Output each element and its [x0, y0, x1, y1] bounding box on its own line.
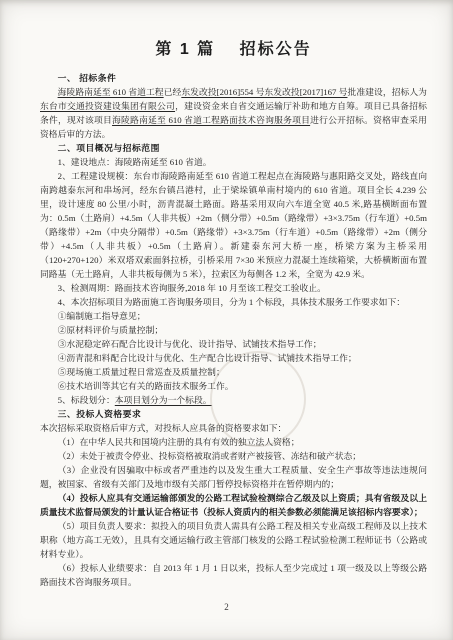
task-item-6: ⑥技术培训等其它有关的路面技术服务工作。: [40, 379, 427, 393]
paragraph-inspection-period: 3、检测周期：路面技术咨询服务,2018 年 10 月至该工程交工验收止。: [40, 281, 427, 295]
approval-numbers-underline: 东发改投[2016]554 号东发改投[2017]167 号: [181, 87, 347, 97]
paragraph-lot-division: 5、标段划分：本项目划分为一个标段。: [40, 393, 427, 407]
section-1-heading: 一、 招标条件: [40, 71, 427, 85]
qualification-item-3: （3）企业没有因骗取中标或者严重违约以及发生重大工程质量、安全生产事故等违法违规…: [40, 463, 427, 491]
project-name-underline: 海陵路南延至 610 省道工程: [58, 87, 164, 97]
task-item-5: ⑤现场施工质量过程日常巡查及质量控制；: [40, 365, 427, 379]
paragraph-qualification-intro: 本次招标采取资格后审方式，对投标人应具备的资格要求如下：: [40, 421, 427, 435]
paragraph-project-scale: 2、工程建设规模：东台市海陵路南延至 610 省道工程起点在海陵路与惠阳路交叉处…: [40, 169, 427, 281]
section-3-heading: 三、投标人资格要求: [40, 407, 427, 421]
section-2-heading: 二、项目概况与招标范围: [40, 141, 427, 155]
text-run: 已经: [164, 87, 182, 97]
paragraph-tender-conditions: 海陵路南延至 610 省道工程已经东发改投[2016]554 号东发改投[201…: [40, 85, 427, 141]
qualification-item-6: （6）投标人业绩要求：自 2013 年 1 月 1 日以来，投标人至少完成过 1…: [40, 561, 427, 589]
paragraph-tender-scope: 4、本次招标项目为路面施工咨询服务项目，分为 1 个标段，具体技术服务工作要求如…: [40, 295, 427, 309]
task-item-3: ③水泥稳定碎石配合比设计与优化、设计指导、试铺技术指导工作；: [40, 337, 427, 351]
qualification-item-2: （2）未处于被责令停业、投标资格被取消或者财产被接管、冻结和破产状态；: [40, 449, 427, 463]
scanned-page: 第 1 篇 招标公告 一、 招标条件 海陵路南延至 610 省道工程已经东发改投…: [0, 0, 453, 640]
document-title: 第 1 篇 招标公告: [40, 38, 427, 62]
qualification-item-4: （4）投标人应具有交通运输部颁发的公路工程试验检测综合乙级及以上资质；具有省级及…: [40, 491, 427, 519]
task-item-2: ②原材料评价与质量控制；: [40, 323, 427, 337]
page-number: 2: [0, 602, 453, 612]
tenderee-name-underline: 东台市交通投资建设集团有限公司: [40, 101, 175, 111]
text-run: 批准建设，招标人为: [347, 87, 427, 97]
lot-division-underline: 本项目划分为一个标段。: [115, 395, 218, 405]
qualification-item-1: （1）在中华人民共和国境内注册的具有有效的独立法人资格；: [40, 435, 427, 449]
task-item-1: ①编制施工指导意见；: [40, 309, 427, 323]
service-project-name-underline: 海陵路南延至 610 省道工程路面技术咨询服务项目: [112, 115, 310, 125]
lot-division-label: 5、标段划分：: [58, 395, 115, 405]
document-body: 第 1 篇 招标公告 一、 招标条件 海陵路南延至 610 省道工程已经东发改投…: [40, 38, 427, 589]
task-item-4: ④沥青混和料配合比设计与优化、生产配合比设计指导、试铺技术指导工作；: [40, 351, 427, 365]
qualification-item-5: （5）项目负责人要求：拟投入的项目负责人需具有公路工程及相关专业高级工程师及以上…: [40, 519, 427, 561]
paragraph-construction-location: 1、建设地点：海陵路南延至 610 省道。: [40, 155, 427, 169]
